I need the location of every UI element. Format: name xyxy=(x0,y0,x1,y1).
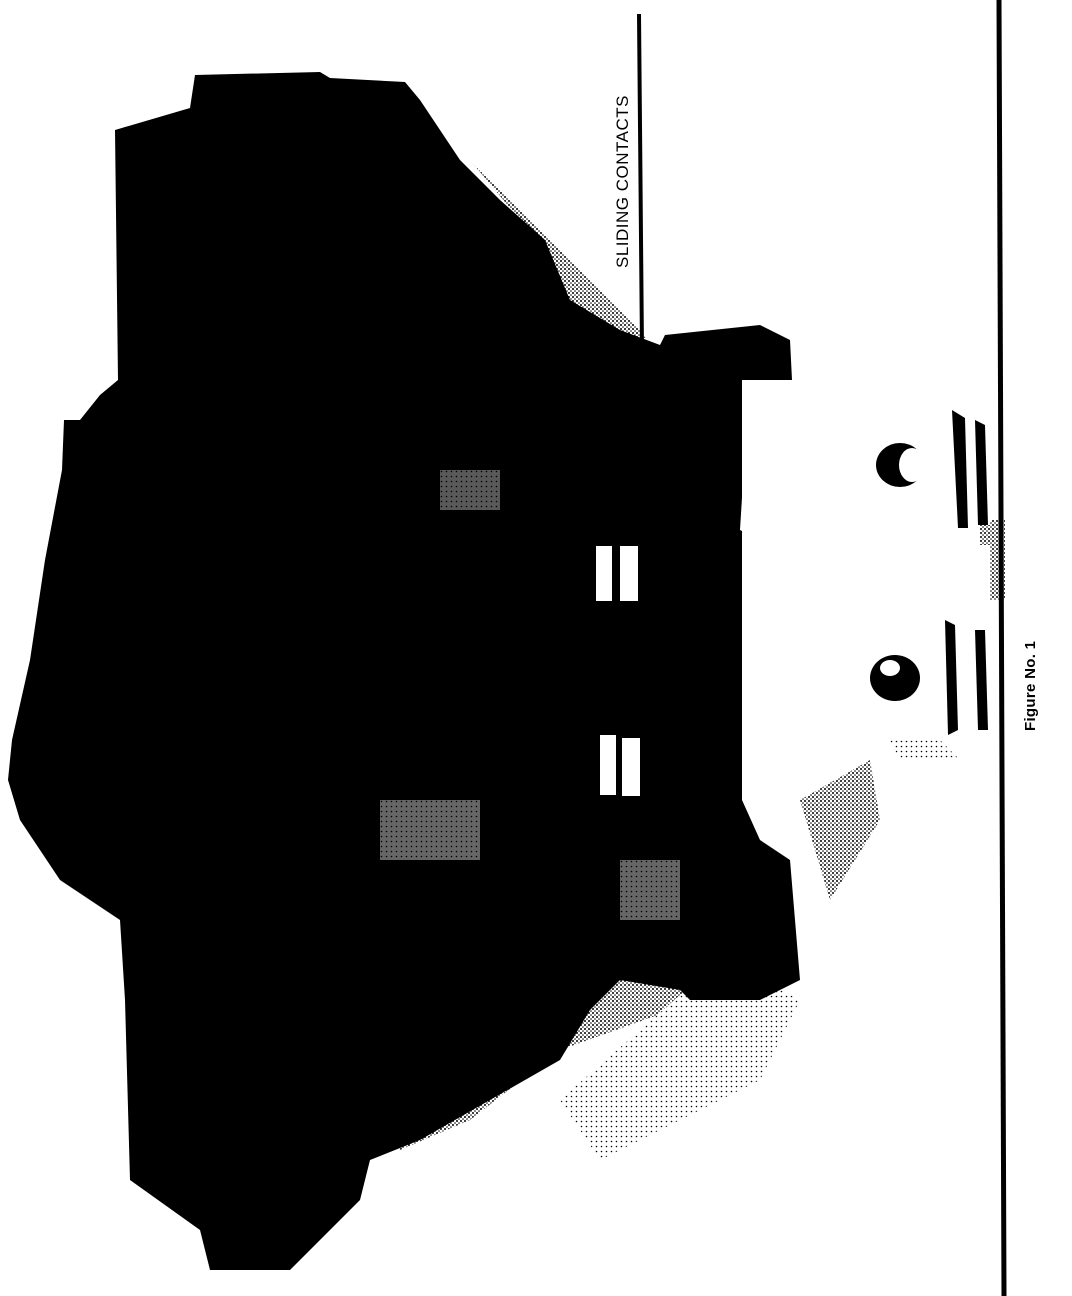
contact-slot-highlight xyxy=(596,546,612,601)
terminal-tab-upper xyxy=(740,392,1000,545)
terminal-tab-lower xyxy=(742,600,990,742)
shadow-halftone xyxy=(800,760,880,900)
page-border-line xyxy=(999,0,1004,1296)
switch-photo xyxy=(0,0,1072,1296)
contact-slot-highlight xyxy=(622,738,640,796)
figure-panel: SLIDING CONTACTS Figure No. 1 xyxy=(0,0,1072,1296)
callout-label-sliding-contacts: SLIDING CONTACTS xyxy=(613,95,633,268)
contact-slot-highlight xyxy=(600,735,616,795)
callout-leader-line xyxy=(639,14,642,350)
figure-caption: Figure No. 1 xyxy=(1022,641,1039,731)
contact-slot-highlight xyxy=(620,546,638,601)
